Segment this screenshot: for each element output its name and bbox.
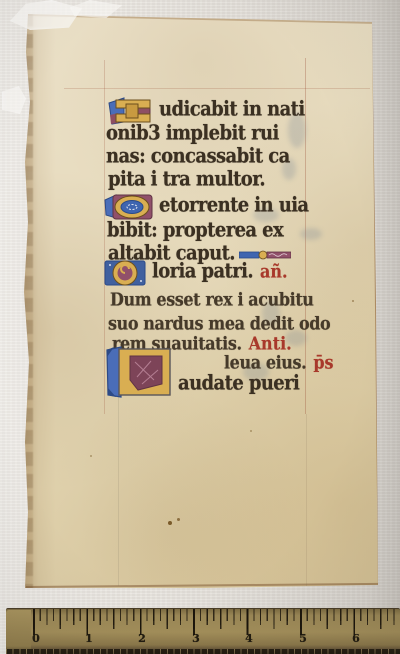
leaf-right-edge: [372, 21, 380, 587]
line-text: pita i tra multor.: [108, 170, 265, 190]
illuminated-initial-D: [104, 191, 154, 221]
tape-piece: [2, 86, 26, 114]
ruling-line-vertical-left: [104, 60, 105, 414]
line-text: audate pueri: [178, 374, 299, 394]
ruler-number: 1: [83, 633, 95, 644]
illuminated-initial-G: [103, 257, 147, 287]
ruler-end-cap: [6, 610, 31, 654]
illuminated-initial-I: [108, 95, 154, 125]
fold-crease: [118, 396, 119, 586]
text-line: onib3 implebit rui: [106, 122, 279, 146]
stain-speck: [177, 518, 180, 521]
ruler-number: 3: [190, 633, 202, 644]
line-text: bibit: propterea ex: [107, 221, 283, 241]
text-line: udicabit in nati: [108, 98, 305, 122]
line-text: onib3 implebit rui: [106, 124, 279, 144]
text-line: bibit: propterea ex: [107, 219, 283, 243]
line-text: Dum esset rex i acubitu: [110, 291, 314, 309]
rubric-red-text: añ.: [260, 263, 288, 281]
line-text: etorrente in uia: [159, 196, 309, 216]
tape-piece: [70, 0, 122, 18]
ruler-lower-scale: [6, 649, 400, 654]
stain-speck: [352, 300, 354, 302]
crease-line: [306, 414, 307, 586]
stain-speck: [90, 455, 92, 457]
stain-speck: [168, 521, 172, 525]
line-text: nas: concassabit ca: [106, 147, 290, 167]
text-line: nas: concassabit ca: [106, 145, 290, 169]
stain-speck: [250, 430, 252, 432]
rubric-red-text: p̄s: [313, 354, 333, 372]
ruler-number: 2: [136, 633, 148, 644]
text-line: loria patri. añ.: [103, 260, 288, 284]
leaf-bottom-edge: [26, 583, 379, 588]
manuscript-leaf: udicabit in nati onib3 implebit rui nas:…: [24, 12, 378, 590]
line-text: leua eius.: [224, 354, 306, 372]
ruler-number: 0: [30, 633, 42, 644]
ruling-line-horizontal: [64, 88, 370, 89]
ruler-number: 6: [350, 633, 362, 644]
text-line: pita i tra multor.: [108, 168, 265, 192]
ruler-number: 5: [297, 633, 309, 644]
line-text: loria patri.: [152, 262, 253, 282]
text-line: audate pueri: [178, 372, 299, 396]
illuminated-initial-L: [106, 346, 172, 402]
ruler-number: 4: [243, 633, 255, 644]
text-line: etorrente in uia: [104, 194, 309, 218]
photo-background: udicabit in nati onib3 implebit rui nas:…: [0, 0, 400, 654]
line-text: udicabit in nati: [159, 100, 305, 120]
ink-showthrough: [300, 228, 322, 240]
text-line: Dum esset rex i acubitu: [110, 288, 314, 312]
line-text: suo nardus mea dedit odo: [108, 315, 330, 333]
inch-ruler: 0 1 2 3 4 5 6: [6, 608, 400, 654]
